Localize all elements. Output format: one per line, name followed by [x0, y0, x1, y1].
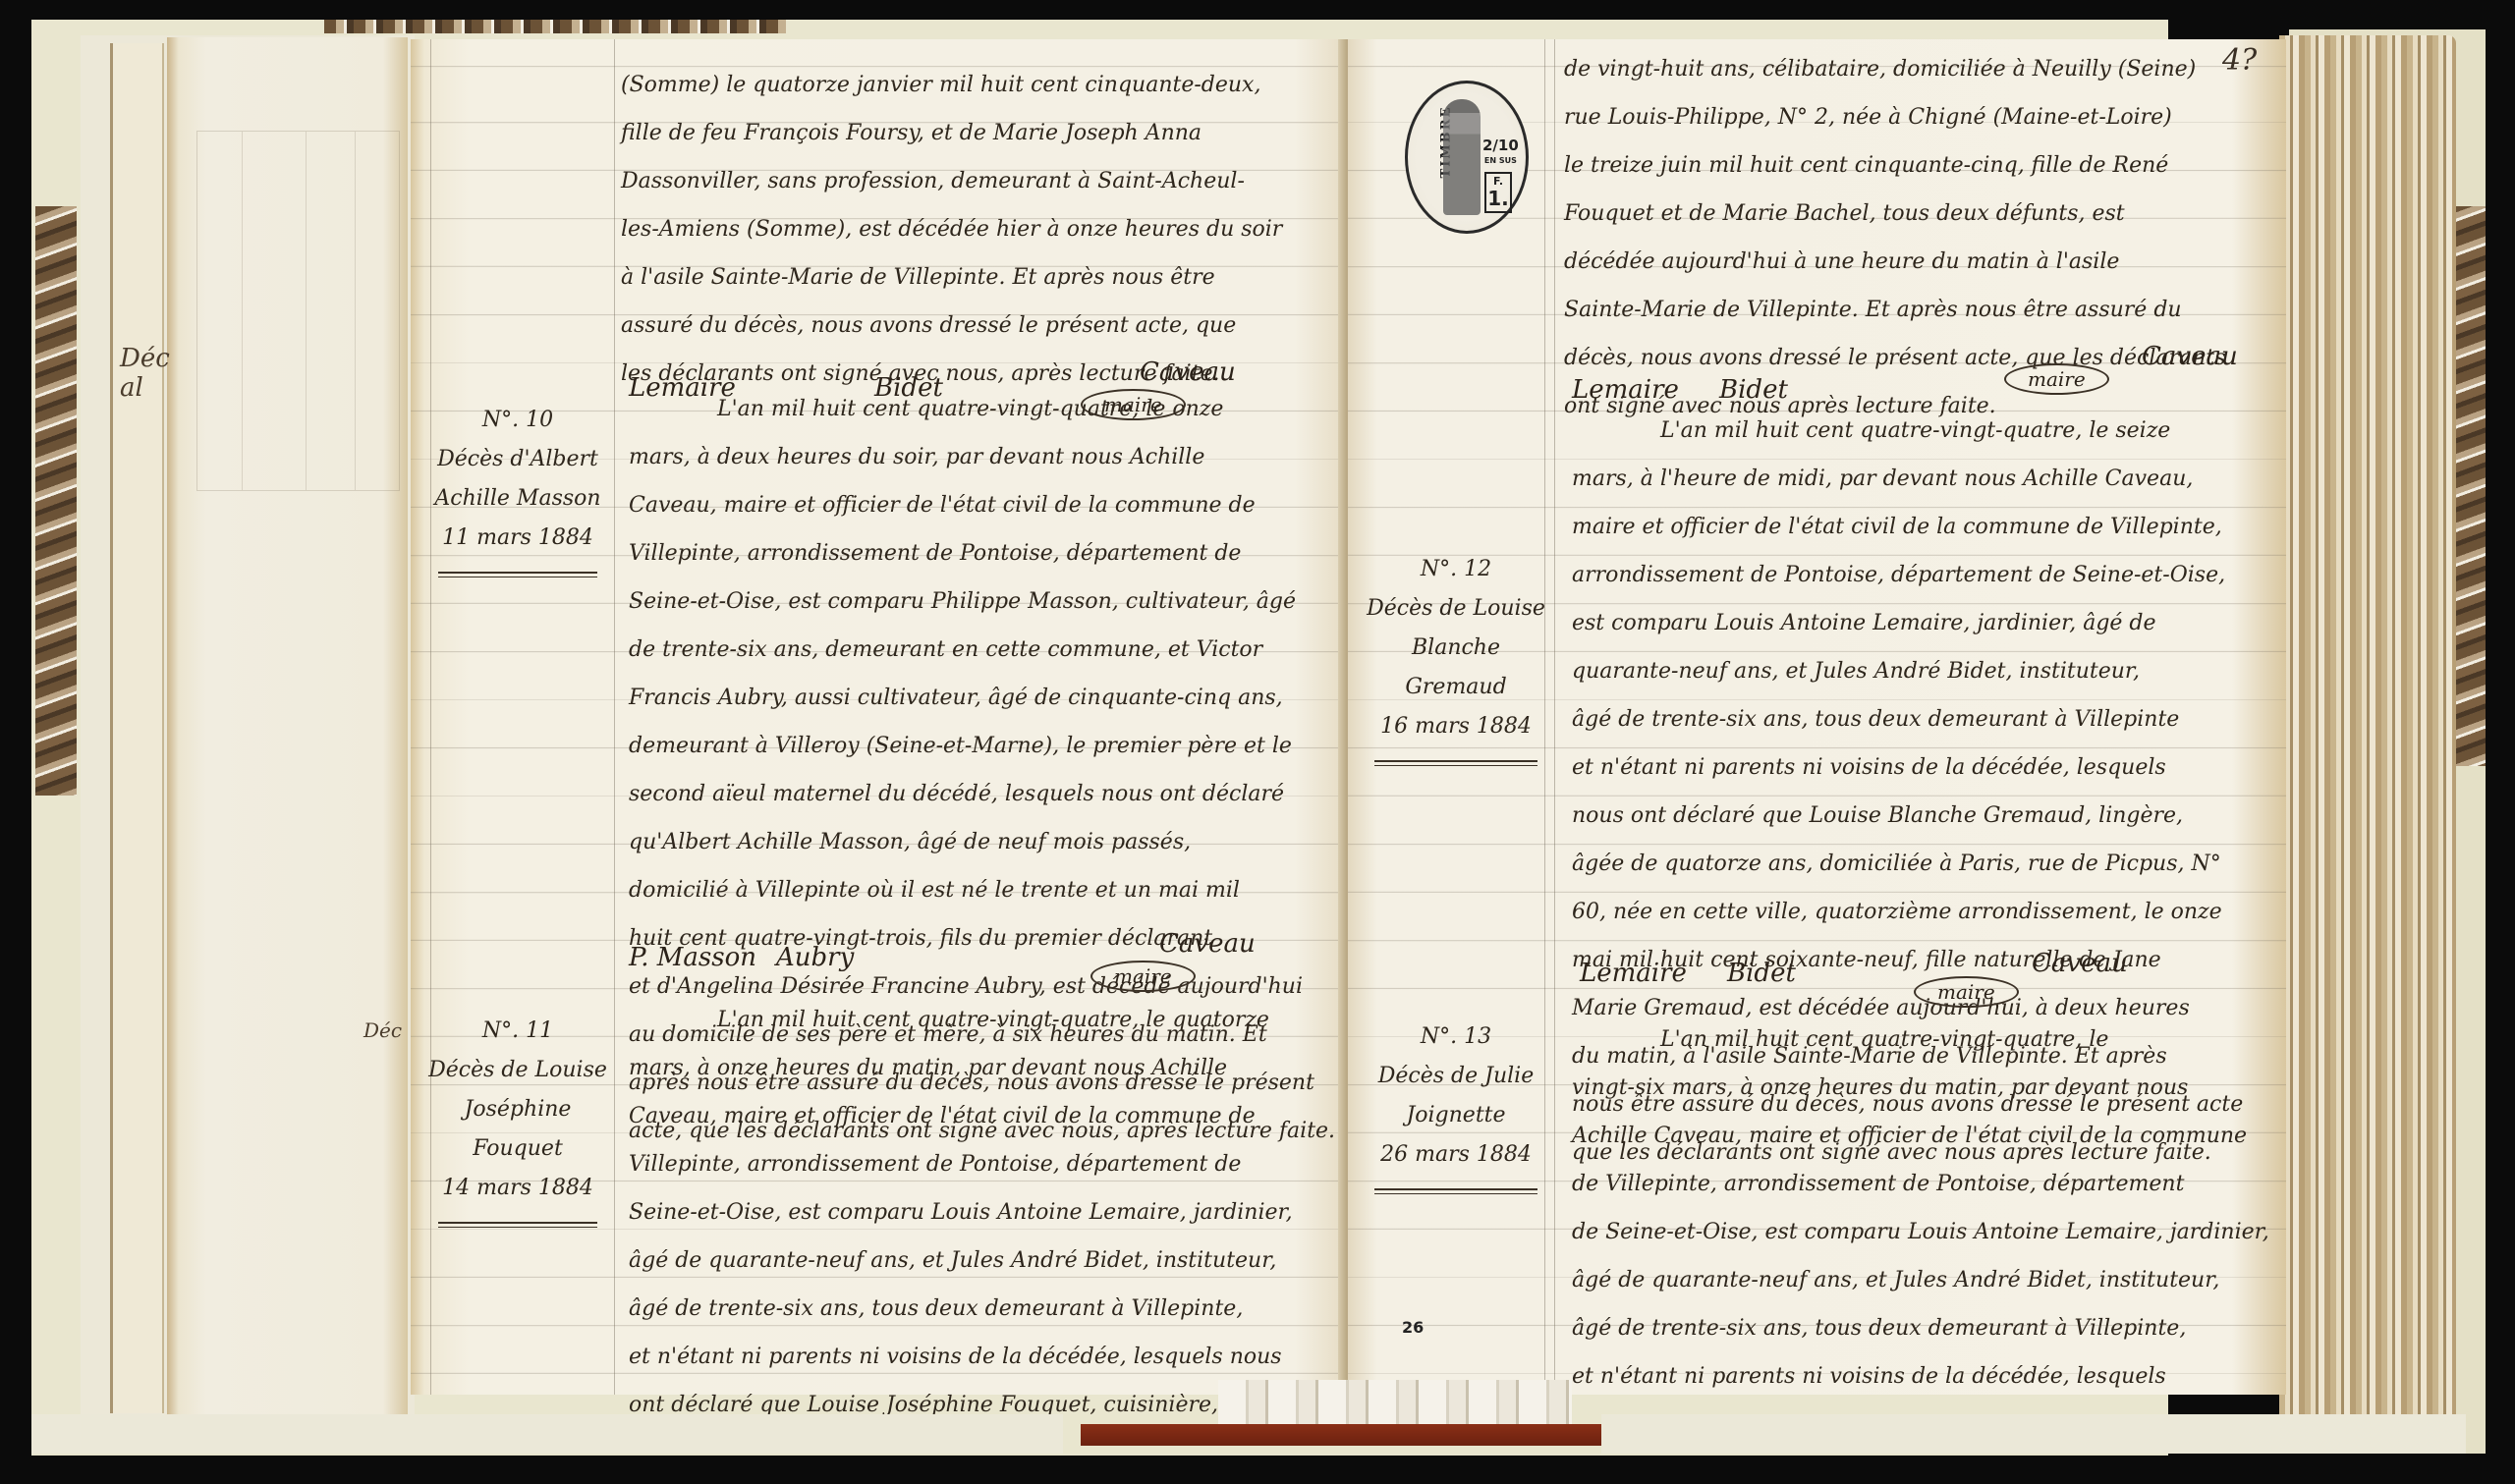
mayor-seal-flourish: maire [1090, 961, 1196, 992]
peek-note-bottom: Déc [363, 1017, 402, 1043]
signature: Aubry [776, 943, 854, 972]
signature: Bidet [1719, 375, 1788, 405]
entry-divider [438, 572, 597, 577]
signature: Lemaire [1572, 375, 1679, 405]
entry-date: 16 mars 1884 [1360, 707, 1552, 746]
entry-name: Achille Masson [424, 479, 611, 519]
signature: Caveau [2032, 949, 2128, 978]
justice-figure-icon [1443, 99, 1481, 215]
previous-page-table [196, 131, 400, 491]
entry-name: Blanche Gremaud [1360, 629, 1552, 707]
stamp-surcharge: 2/10 EN SUS [1482, 138, 1519, 168]
entry-12-signatures: Lemaire Bidet Caveau maire [1580, 959, 2287, 1017]
entry-date: 26 mars 1884 [1360, 1135, 1552, 1175]
entry-10-margin: N°. 10 Décès d'Albert Achille Masson 11 … [424, 401, 611, 577]
entry-divider [1374, 760, 1538, 766]
entry-13-margin: N°. 13 Décès de Julie Joignette 26 mars … [1360, 1017, 1552, 1194]
red-binding-ribbon [1081, 1424, 1601, 1446]
entry-10-signatures: P. Masson Aubry Caveau maire [629, 943, 1336, 1002]
entry-11-margin: N°. 11 Décès de Louise Joséphine Fouquet… [424, 1012, 611, 1228]
signature: Lemaire [1580, 959, 1687, 988]
entry-name: Joséphine Fouquet [424, 1090, 611, 1169]
entry-name: Joignette [1360, 1096, 1552, 1135]
page-strip [110, 43, 164, 1413]
mayor-seal-flourish: maire [1914, 976, 2019, 1008]
page-number: 26 [1402, 1318, 1424, 1337]
entry-number: N°. 11 [424, 1012, 611, 1051]
entry-title: Décès d'Albert [424, 440, 611, 479]
mayor-seal-flourish: maire [2004, 363, 2109, 395]
marbled-endpaper-top [324, 20, 786, 33]
left-continuation-text: (Somme) le quatorze janvier mil huit cen… [621, 61, 1282, 398]
folio-number: 4? [2222, 43, 2257, 78]
entry-divider [438, 1222, 597, 1228]
stamp-value: F. 1. [1484, 172, 1512, 213]
signature: Bidet [1727, 959, 1796, 988]
entry-11-text: L'an mil huit cent quatre-vingt-quatre, … [629, 996, 1293, 1429]
entry-title: Décès de Louise [424, 1051, 611, 1090]
timbre-stamp: TIMBRE 2/10 EN SUS F. 1. [1405, 81, 1529, 234]
entry-12-margin: N°. 12 Décès de Louise Blanche Gremaud 1… [1360, 550, 1552, 766]
entry-divider [1374, 1188, 1538, 1194]
marbled-endpaper-left [35, 206, 77, 796]
book-cover-bottom-left [31, 1414, 1063, 1454]
book-cover-bottom-right [1601, 1414, 2466, 1454]
signature: P. Masson [629, 943, 756, 972]
entry-title: Décès de Julie [1360, 1057, 1552, 1096]
entry-title: Décès de Louise [1360, 589, 1552, 629]
signature: Caveau [1159, 929, 1256, 959]
entry-number: N°. 12 [1360, 550, 1552, 589]
entry-number: N°. 13 [1360, 1017, 1552, 1057]
entry-13-text: L'an mil huit cent quatre-vingt-quatre, … [1572, 1016, 2269, 1401]
page-edges-right [2279, 35, 2456, 1430]
signature: Caveau [1140, 357, 1236, 387]
peek-note-top: Déc al [120, 344, 170, 403]
signature: Caveau [2142, 342, 2238, 371]
entry-number: N°. 10 [424, 401, 611, 440]
entry-date: 11 mars 1884 [424, 519, 611, 558]
entry-date: 14 mars 1884 [424, 1169, 611, 1208]
